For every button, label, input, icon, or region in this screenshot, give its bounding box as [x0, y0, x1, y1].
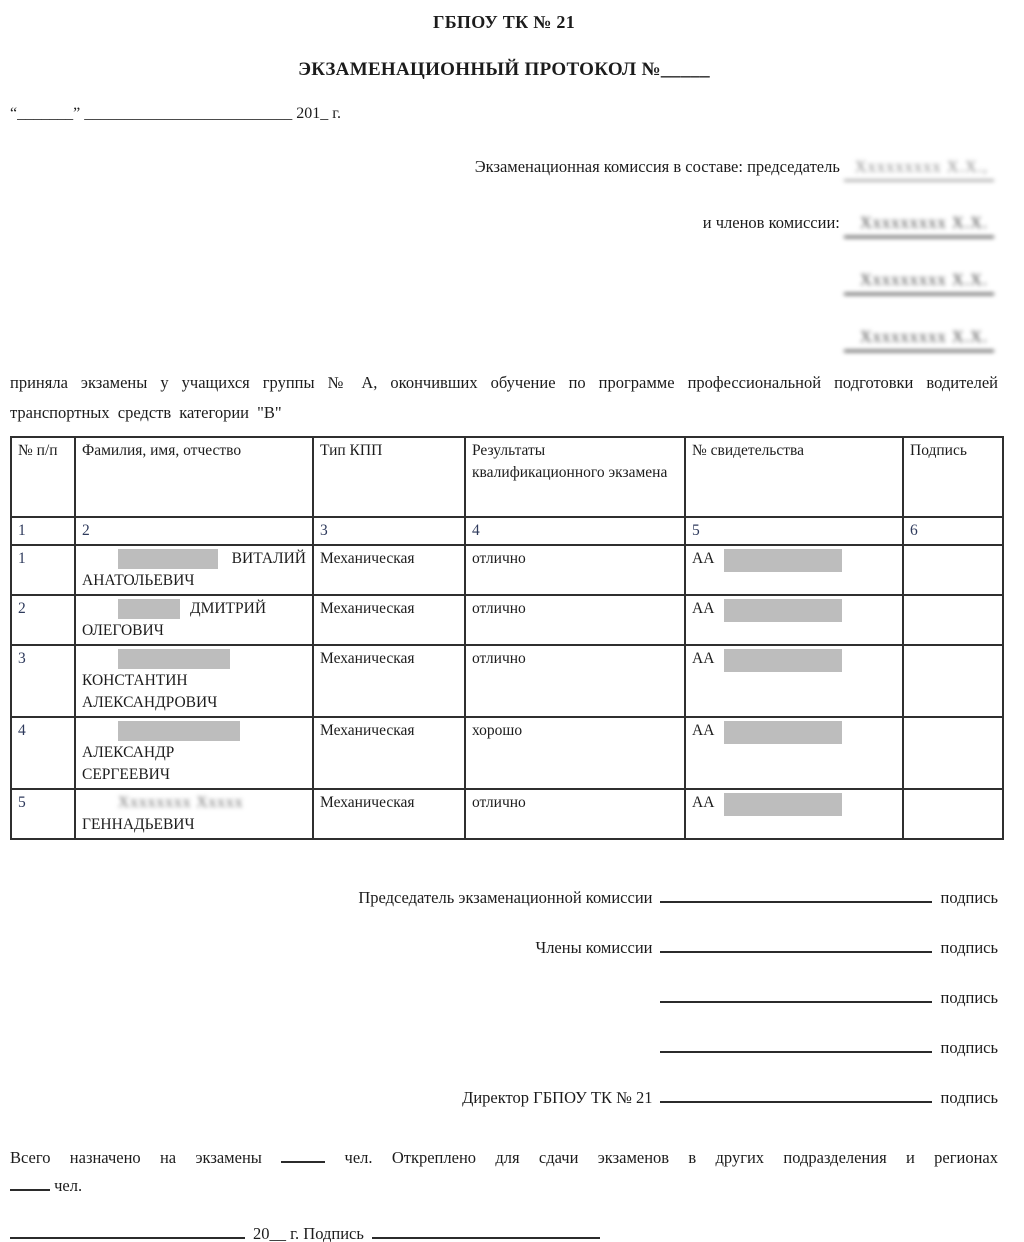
student-name-part: ВИТАЛИЙ: [232, 548, 306, 570]
certificate-cell: АА: [685, 717, 903, 789]
header-cell-certificate: № свидетельства: [685, 437, 903, 517]
student-name-cell: АЛЕКСАНДР СЕРГЕЕВИЧ: [75, 717, 313, 789]
bottom-date-sign-label: 20__ г. Подпись: [253, 1224, 364, 1242]
exam-table: № п/п Фамилия, имя, отчество Тип КПП Рез…: [10, 436, 1004, 840]
student-name-part: ОЛЕГОВИЧ: [82, 620, 306, 642]
blank-field: [281, 1148, 325, 1163]
redacted-member-name: Ххххххххх Х.Х.: [844, 325, 994, 352]
redacted-surname-blur: Хххххххх Ххххх: [118, 792, 244, 814]
members-signature-label: Члены комиссии: [535, 936, 652, 960]
student-name-cell: Хххххххх Ххххх ГЕННАДЬЕВИЧ: [75, 789, 313, 839]
redaction-box-certificate: [724, 793, 842, 816]
numbering-cell: 4: [465, 517, 685, 545]
table-row: 1 ВИТАЛИЙ АНАТОЛЬЕВИЧ Механическая отлич…: [11, 545, 1003, 595]
signature-caption: подпись: [940, 886, 998, 910]
header-cell-name: Фамилия, имя, отчество: [75, 437, 313, 517]
signature-blank-line: [372, 1224, 600, 1239]
student-name-part: АНАТОЛЬЕВИЧ: [82, 570, 306, 592]
signature-cell: [903, 789, 1003, 839]
redacted-member-name: Ххххххххх Х.Х.: [844, 268, 994, 295]
result-cell: хорошо: [465, 717, 685, 789]
numbering-cell: 3: [313, 517, 465, 545]
intro-paragraph: приняла экзамены у учащихся группы № А, …: [10, 368, 998, 428]
header-cell-signature: Подпись: [903, 437, 1003, 517]
signature-blank-line: [660, 988, 932, 1003]
redaction-box-surname: [118, 721, 240, 741]
redaction-box-surname: [118, 649, 230, 669]
redaction-box-surname: [118, 599, 180, 619]
header-cell-num: № п/п: [11, 437, 75, 517]
student-name-part: СЕРГЕЕВИЧ: [82, 764, 306, 786]
bottom-date-sign-line: 20__ г. Подпись: [10, 1224, 998, 1242]
student-name-cell: КОНСТАНТИН АЛЕКСАНДРОВИЧ: [75, 645, 313, 717]
result-cell: отлично: [465, 545, 685, 595]
table-header-row: № п/п Фамилия, имя, отчество Тип КПП Рез…: [11, 437, 1003, 517]
row-number-cell: 4: [11, 717, 75, 789]
certificate-series: АА: [692, 720, 714, 742]
doc-title: ЭКЗАМЕНАЦИОННЫЙ ПРОТОКОЛ №_____: [10, 59, 998, 81]
redaction-box-certificate: [724, 549, 842, 572]
student-name-cell: ВИТАЛИЙ АНАТОЛЬЕВИЧ: [75, 545, 313, 595]
redaction-box-certificate: [724, 649, 842, 672]
kpp-cell: Механическая: [313, 717, 465, 789]
commission-members-line: и членов комиссии: Ххххххххх Х.Х.: [10, 211, 994, 238]
header-cell-kpp: Тип КПП: [313, 437, 465, 517]
certificate-series: АА: [692, 648, 714, 670]
signature-cell: [903, 545, 1003, 595]
certificate-series: АА: [692, 548, 714, 570]
kpp-cell: Механическая: [313, 645, 465, 717]
numbering-cell: 2: [75, 517, 313, 545]
date-blank-line: [10, 1224, 245, 1239]
student-name-part: ГЕННАДЬЕВИЧ: [82, 814, 306, 836]
result-cell: отлично: [465, 645, 685, 717]
commission-members-label: и членов комиссии:: [703, 213, 840, 232]
commission-member-line: Ххххххххх Х.Х.: [10, 268, 994, 295]
member-signature-row: подпись: [10, 986, 998, 1010]
signature-cell: [903, 595, 1003, 645]
column-numbering-row: 1 2 3 4 5 6: [11, 517, 1003, 545]
date-line: “_______” __________________________ 201…: [10, 105, 998, 123]
member-signature-row: подпись: [10, 1036, 998, 1060]
numbering-cell: 6: [903, 517, 1003, 545]
row-number-cell: 5: [11, 789, 75, 839]
chairman-signature-row: Председатель экзаменационной комиссии по…: [10, 886, 998, 910]
certificate-cell: АА: [685, 545, 903, 595]
kpp-cell: Механическая: [313, 595, 465, 645]
certificate-cell: АА: [685, 595, 903, 645]
row-number-cell: 3: [11, 645, 75, 717]
redacted-member-name: Ххххххххх Х.Х.: [844, 211, 994, 238]
certificate-series: АА: [692, 598, 714, 620]
certificate-cell: АА: [685, 789, 903, 839]
numbering-cell: 1: [11, 517, 75, 545]
student-name-part: ДМИТРИЙ: [190, 598, 266, 620]
commission-member-line: Ххххххххх Х.Х.: [10, 325, 994, 352]
totals-paragraph: Всего назначено на экзамены чел. Открепл…: [10, 1144, 998, 1200]
redacted-chairman-name: Ххххххххх Х.Х.,: [844, 155, 994, 181]
totals-line-1: Всего назначено на экзамены чел. Открепл…: [10, 1144, 998, 1172]
numbering-cell: 5: [685, 517, 903, 545]
commission-chairman-line: Экзаменационная комиссия в составе: пред…: [10, 155, 994, 181]
signature-caption: подпись: [940, 936, 998, 960]
members-signature-row: Члены комиссии подпись: [10, 936, 998, 960]
kpp-cell: Механическая: [313, 789, 465, 839]
header-cell-result: Результаты квалификационного экзамена: [465, 437, 685, 517]
student-name-part: КОНСТАНТИН: [82, 670, 306, 692]
chairman-signature-label: Председатель экзаменационной комиссии: [358, 886, 652, 910]
totals-text-2: чел. Откреплено для сдачи экзаменов в др…: [345, 1148, 998, 1167]
signature-caption: подпись: [940, 1086, 998, 1110]
redaction-box-certificate: [724, 599, 842, 622]
signature-caption: подпись: [940, 986, 998, 1010]
signature-cell: [903, 717, 1003, 789]
redaction-box-surname: [118, 549, 218, 569]
document-page: ГБПОУ ТК № 21 ЭКЗАМЕНАЦИОННЫЙ ПРОТОКОЛ №…: [0, 0, 1024, 1242]
kpp-cell: Механическая: [313, 545, 465, 595]
totals-text-1: Всего назначено на экзамены: [10, 1148, 262, 1167]
commission-intro-label: Экзаменационная комиссия в составе: пред…: [475, 157, 840, 176]
signature-blank-line: [660, 1088, 932, 1103]
signature-blank-line: [660, 888, 932, 903]
org-title: ГБПОУ ТК № 21: [10, 12, 998, 33]
totals-text-3: чел.: [54, 1176, 82, 1195]
table-row: 3 КОНСТАНТИН АЛЕКСАНДРОВИЧ Механическая …: [11, 645, 1003, 717]
student-name-part: АЛЕКСАНДРОВИЧ: [82, 692, 306, 714]
signature-cell: [903, 645, 1003, 717]
table-row: 5 Хххххххх Ххххх ГЕННАДЬЕВИЧ Механическа…: [11, 789, 1003, 839]
commission-block: Экзаменационная комиссия в составе: пред…: [10, 155, 998, 352]
blank-field: [10, 1176, 50, 1191]
signature-blank-line: [660, 938, 932, 953]
redaction-box-certificate: [724, 721, 842, 744]
signature-caption: подпись: [940, 1036, 998, 1060]
certificate-series: АА: [692, 792, 714, 814]
certificate-cell: АА: [685, 645, 903, 717]
result-cell: отлично: [465, 595, 685, 645]
director-signature-row: Директор ГБПОУ ТК № 21 подпись: [10, 1086, 998, 1110]
result-cell: отлично: [465, 789, 685, 839]
student-name-cell: ДМИТРИЙ ОЛЕГОВИЧ: [75, 595, 313, 645]
student-name-part: АЛЕКСАНДР: [82, 742, 306, 764]
table-row: 2 ДМИТРИЙ ОЛЕГОВИЧ Механическая отлично …: [11, 595, 1003, 645]
signature-blank-line: [660, 1038, 932, 1053]
row-number-cell: 1: [11, 545, 75, 595]
totals-line-2: чел.: [10, 1172, 998, 1200]
row-number-cell: 2: [11, 595, 75, 645]
director-signature-label: Директор ГБПОУ ТК № 21: [462, 1086, 652, 1110]
table-row: 4 АЛЕКСАНДР СЕРГЕЕВИЧ Механическая хорош…: [11, 717, 1003, 789]
